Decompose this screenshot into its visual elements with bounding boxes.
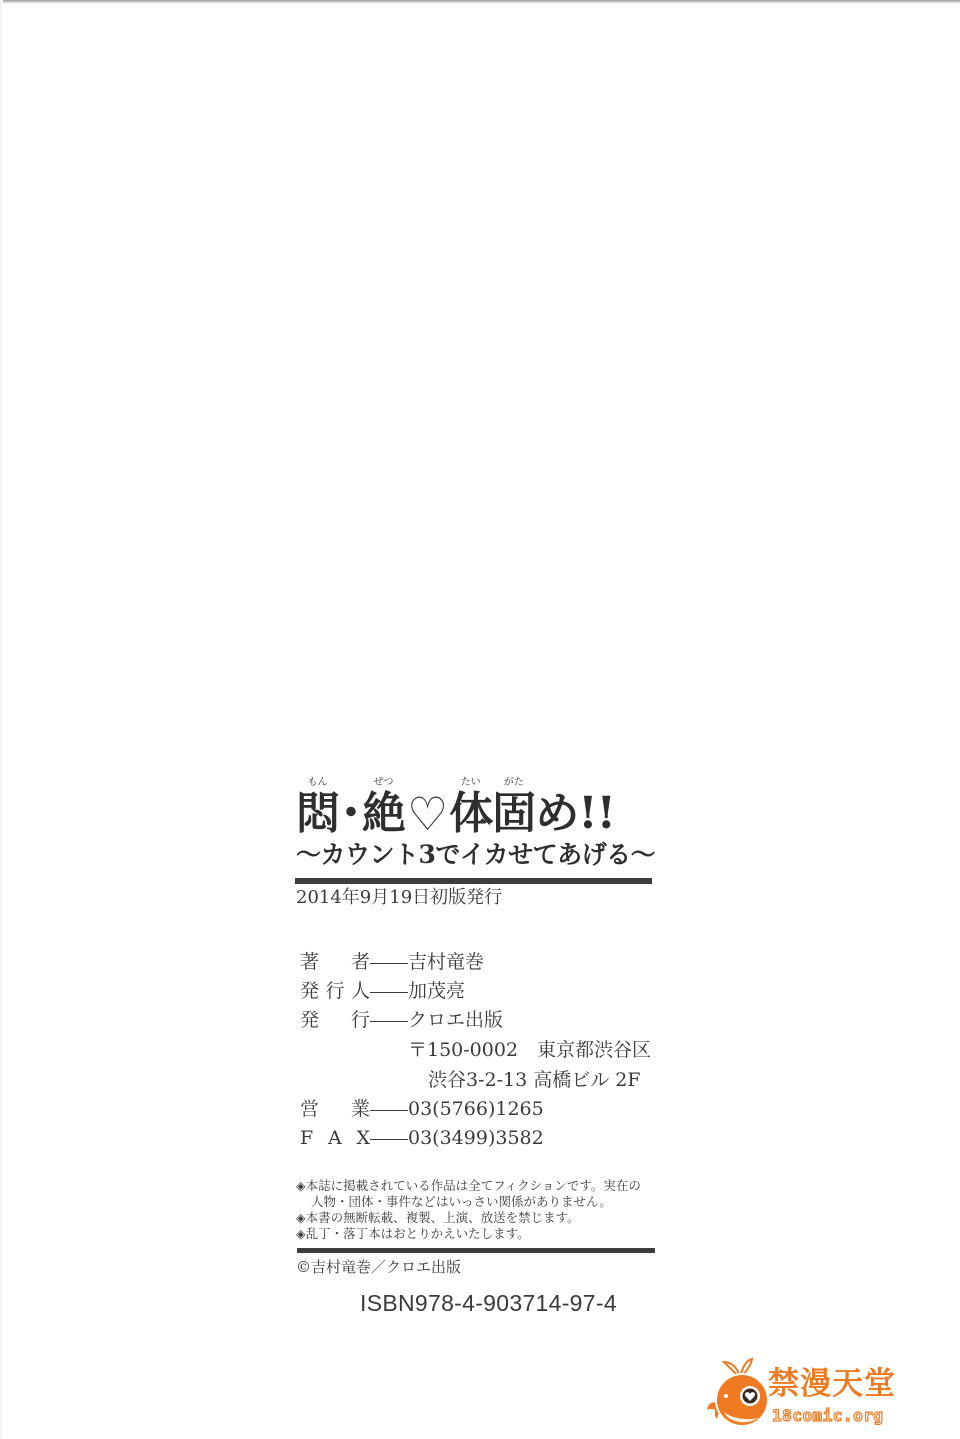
credit-value: 03(5766)1265 bbox=[408, 1095, 544, 1124]
credit-fax: F A X 03(3499)3582 bbox=[300, 1124, 660, 1153]
divider-rule bbox=[295, 878, 652, 884]
title-char: たい 体 bbox=[449, 792, 492, 836]
notice-line: ◈本誌に掲載されている作品は全てフィクションです。実在の bbox=[296, 1178, 666, 1194]
address-line-2: 渋谷3-2-13 高橋ビル 2F bbox=[300, 1065, 660, 1095]
title-glyph: 悶 bbox=[296, 788, 339, 839]
page-top-edge-shadow bbox=[0, 0, 960, 4]
dash-separator bbox=[370, 963, 408, 964]
label-char: 著 bbox=[300, 948, 319, 977]
credit-author: 著 者 吉村竜巻 bbox=[300, 948, 660, 977]
book-subtitle: 〜カウント3でイカせてあげる〜 bbox=[296, 840, 655, 870]
page-left-edge-shadow bbox=[0, 0, 3, 1439]
credit-label: 発 行 bbox=[300, 1006, 370, 1035]
watermark-title: 禁漫天堂 bbox=[768, 1366, 896, 1402]
credit-value: 03(3499)3582 bbox=[408, 1124, 544, 1153]
book-title: もん 悶 ・ ぜつ 絶 ♡ たい 体 がた 固 め!! bbox=[296, 778, 615, 836]
ruby-reading: ぜつ bbox=[362, 778, 405, 788]
dash-separator bbox=[370, 1110, 408, 1111]
title-glyph: 体 bbox=[449, 788, 492, 839]
credit-value: 加茂亮 bbox=[408, 977, 465, 1006]
credit-label: 発 行 人 bbox=[300, 977, 370, 1006]
label-char: 者 bbox=[351, 948, 370, 977]
dash-separator bbox=[370, 1021, 408, 1022]
address-line-1: 〒150-0002 東京都渋谷区 bbox=[300, 1035, 660, 1065]
notices-block: ◈本誌に掲載されている作品は全てフィクションです。実在の 人物・団体・事件などは… bbox=[296, 1178, 666, 1242]
label-char: 発 bbox=[300, 977, 319, 1006]
label-char: F bbox=[300, 1124, 313, 1153]
title-char: ぜつ 絶 bbox=[362, 792, 405, 836]
ruby-reading: たい bbox=[449, 778, 492, 788]
dash-separator bbox=[370, 1139, 408, 1140]
notice-line: ◈乱丁・落丁本はおとりかえいたします。 bbox=[296, 1226, 666, 1242]
label-char: 業 bbox=[351, 1095, 370, 1124]
title-ending: め!! bbox=[535, 792, 615, 836]
credit-label: F A X bbox=[300, 1124, 370, 1153]
notice-line: ◈本書の無断転載、複製、上演、放送を禁じます。 bbox=[296, 1210, 666, 1226]
label-char: X bbox=[356, 1124, 370, 1153]
watermark-domain: 18comic.org bbox=[772, 1407, 883, 1425]
credit-value: クロエ出版 bbox=[408, 1006, 503, 1035]
issue-date: 2014年9月19日初版発行 bbox=[296, 886, 502, 910]
title-glyph: 固 bbox=[492, 788, 535, 839]
credit-publisher: 発 行 クロエ出版 bbox=[300, 1006, 660, 1035]
title-char: もん 悶 bbox=[296, 792, 339, 836]
label-char: A bbox=[328, 1124, 342, 1153]
title-char: がた 固 bbox=[492, 792, 535, 836]
credit-label: 著 者 bbox=[300, 948, 370, 977]
divider-rule bbox=[297, 1248, 655, 1253]
label-char: 行 bbox=[325, 977, 344, 1006]
ruby-reading: がた bbox=[492, 778, 535, 788]
orange-mascot-heart-icon bbox=[706, 1354, 772, 1430]
credits-block: 著 者 吉村竜巻 発 行 人 加茂亮 発 行 クロエ出版 〒150-0002 東… bbox=[300, 948, 660, 1153]
watermark-logo: 禁漫天堂 18comic.org bbox=[706, 1354, 920, 1430]
copyright: ©吉村竜巻／クロエ出版 bbox=[296, 1256, 461, 1278]
label-char: 行 bbox=[351, 1006, 370, 1035]
dash-separator bbox=[370, 992, 408, 993]
label-char: 発 bbox=[300, 1006, 319, 1035]
credit-label: 営 業 bbox=[300, 1095, 370, 1124]
credit-value: 吉村竜巻 bbox=[408, 948, 484, 977]
label-char: 人 bbox=[351, 977, 370, 1006]
title-glyph: 絶 bbox=[362, 788, 405, 839]
notice-line: 人物・団体・事件などはいっさい関係がありません。 bbox=[296, 1194, 666, 1210]
credit-sales: 営 業 03(5766)1265 bbox=[300, 1095, 660, 1124]
isbn: ISBN978-4-903714-97-4 bbox=[360, 1290, 617, 1316]
credit-publisher-person: 発 行 人 加茂亮 bbox=[300, 977, 660, 1006]
label-char: 営 bbox=[300, 1095, 319, 1124]
ruby-reading: もん bbox=[296, 778, 339, 788]
heart-icon: ♡ bbox=[407, 792, 447, 836]
